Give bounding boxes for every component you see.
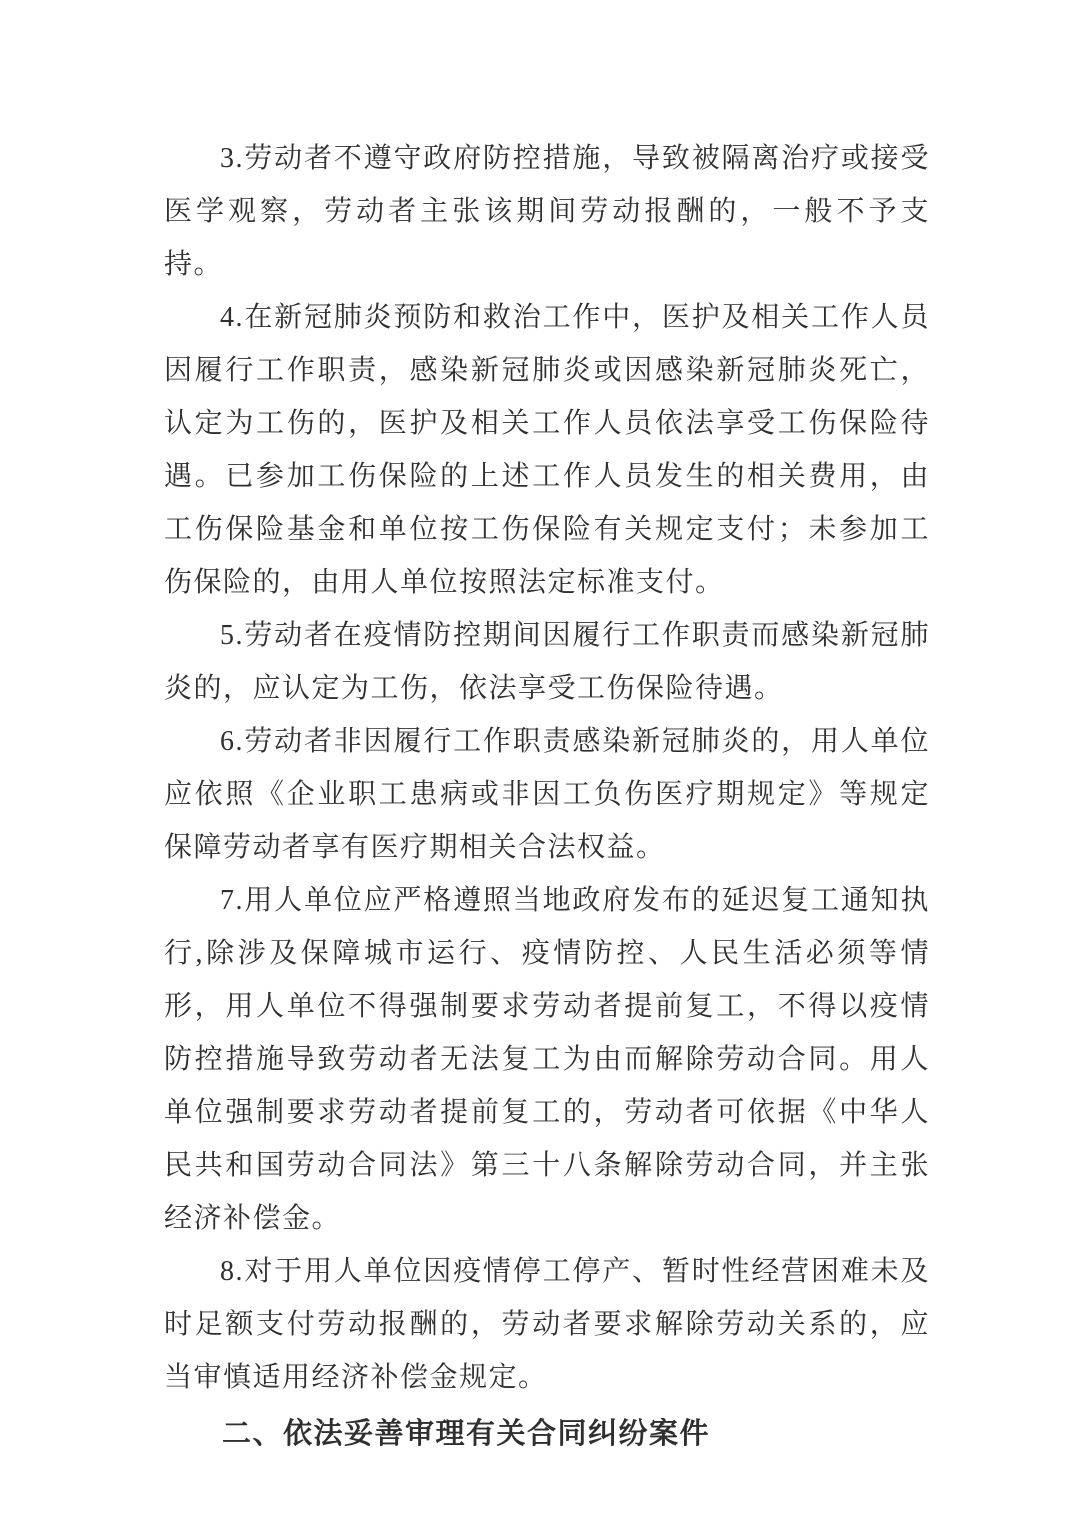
paragraph-3: 3.劳动者不遵守政府防控措施，导致被隔离治疗或接受医学观察，劳动者主张该期间劳动… [164,132,930,291]
paragraph-7: 7.用人单位应严格遵照当地政府发布的延迟复工通知执行,除涉及保障城市运行、疫情防… [164,874,930,1245]
paragraph-8: 8.对于用人单位因疫情停工停产、暂时性经营困难未及时足额支付劳动报酬的，劳动者要… [164,1245,930,1404]
section-heading: 二、依法妥善审理有关合同纠纷案件 [164,1408,930,1461]
paragraph-6: 6.劳动者非因履行工作职责感染新冠肺炎的，用人单位应依照《企业职工患病或非因工负… [164,715,930,874]
paragraph-4: 4.在新冠肺炎预防和救治工作中，医护及相关工作人员因履行工作职责，感染新冠肺炎或… [164,291,930,609]
document-page: 3.劳动者不遵守政府防控措施，导致被隔离治疗或接受医学观察，劳动者主张该期间劳动… [0,0,1080,1526]
paragraph-5: 5.劳动者在疫情防控期间因履行工作职责而感染新冠肺炎的，应认定为工伤，依法享受工… [164,609,930,715]
